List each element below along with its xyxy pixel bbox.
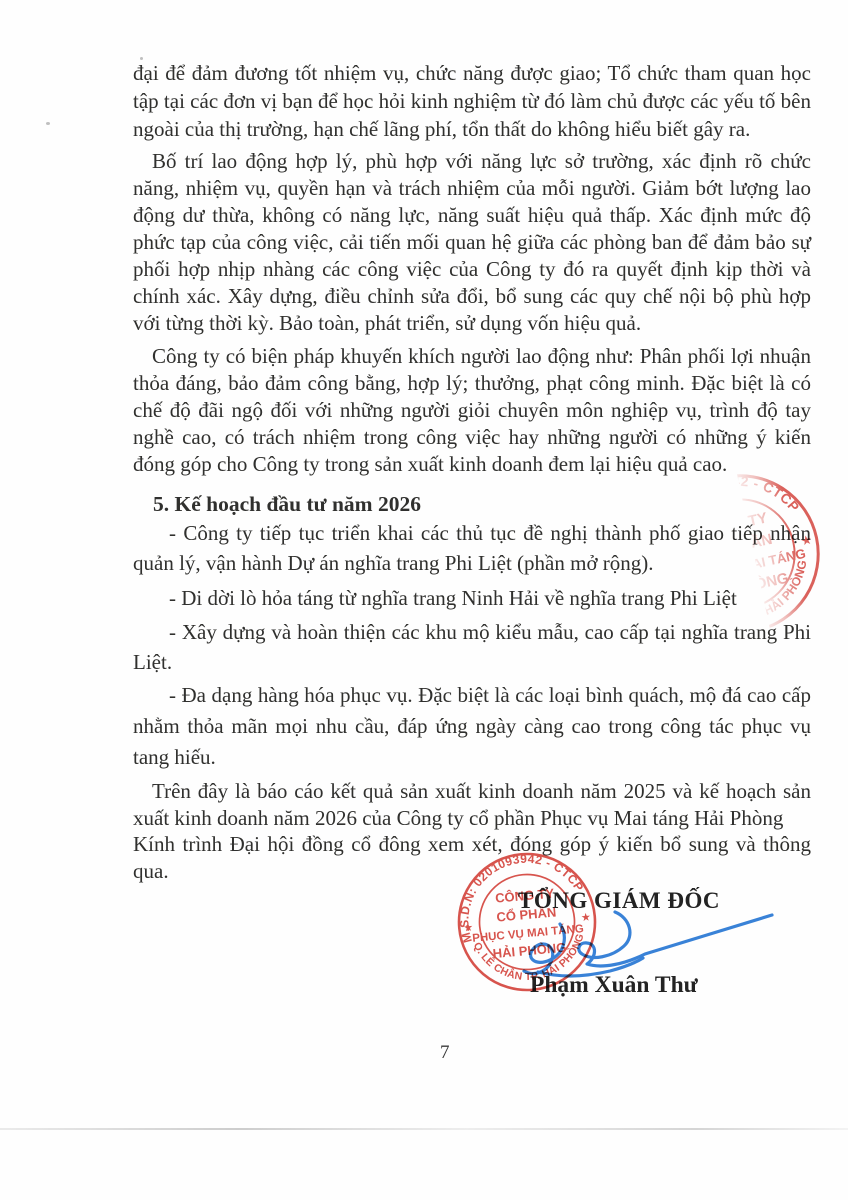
paragraph: đại để đảm đương tốt nhiệm vụ, chức năng… xyxy=(133,59,811,143)
paragraph: Bố trí lao động hợp lý, phù hợp với năng… xyxy=(133,148,811,337)
paragraph: - Xây dựng và hoàn thiện các khu mộ kiểu… xyxy=(133,617,811,677)
page-number: 7 xyxy=(440,1042,450,1064)
signature-scribble xyxy=(480,880,800,1010)
paragraph: - Di dời lò hỏa táng từ nghĩa trang Ninh… xyxy=(133,583,811,613)
paragraph: - Đa dạng hàng hóa phục vụ. Đặc biệt là … xyxy=(133,680,811,773)
section-heading: 5. Kế hoạch đầu tư năm 2026 xyxy=(133,490,811,518)
document-page: đại để đảm đương tốt nhiệm vụ, chức năng… xyxy=(0,0,848,1200)
paragraph: Trên đây là báo cáo kết quả sản xuất kin… xyxy=(133,778,811,832)
scan-fold-line xyxy=(0,1128,848,1130)
paragraph: Công ty có biện pháp khuyến khích người … xyxy=(133,343,811,478)
scan-speck xyxy=(46,122,50,125)
paragraph: - Công ty tiếp tục triển khai các thủ tụ… xyxy=(133,518,811,578)
